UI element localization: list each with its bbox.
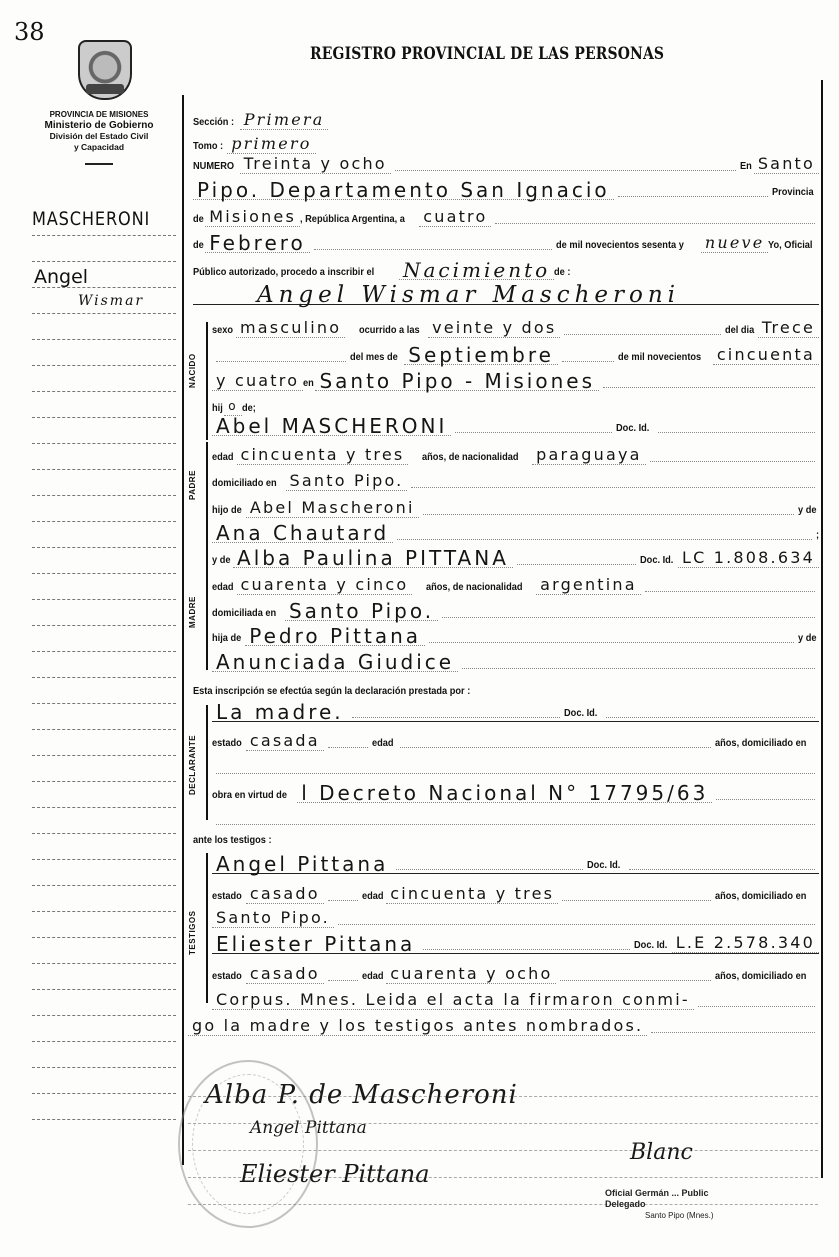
declarante-nombre: La madre. — [212, 703, 348, 721]
madre-nac-label: años, de nacionalidad — [426, 581, 523, 595]
madre-y-de2-label: y de — [798, 632, 816, 646]
row-madre-nombre: y de Alba Paulina PITTANA Doc. Id. LC 1.… — [212, 546, 819, 568]
ministry-rule — [85, 163, 113, 165]
row-testigos-intro: ante los testigos : — [193, 826, 819, 848]
margin-given-name: Angel — [34, 266, 88, 288]
row-lugar: y cuatro en Santo Pipo - Misiones — [212, 369, 819, 391]
row-declarante-nombre: La madre. Doc. Id. — [212, 700, 819, 722]
t1-nombre: Angel Pittana — [212, 855, 392, 873]
main-border-line — [182, 95, 184, 1165]
madre-edad: cuarenta y cinco — [237, 576, 413, 595]
sexo-label: sexo — [212, 324, 233, 338]
row-publico: Público autorizado, procedo a inscribir … — [193, 258, 819, 280]
row-t1-estado: estado casado edad cincuenta y tres años… — [212, 882, 819, 904]
row-full-name: Angel Wismar Mascheroni — [193, 283, 819, 305]
signature-witness-1: Angel Pittana — [250, 1118, 367, 1138]
madre-y-de-label: y de — [212, 554, 230, 568]
declarante-edad-label: edad — [372, 737, 394, 751]
row-declarante-dom — [212, 755, 819, 777]
full-name-value: Angel Wismar Mascheroni — [253, 286, 684, 304]
place-value: Pipo. Departamento San Ignacio — [193, 181, 614, 200]
anio-label: de mil novecientos — [618, 351, 701, 365]
padre-edad-label: edad — [212, 451, 234, 465]
padre-doc-label: Doc. Id. — [616, 422, 649, 436]
ministry-line-ministry: Ministerio de Gobierno — [18, 120, 180, 131]
row-numero: NUMERO Treinta y ocho En Santo — [193, 152, 819, 174]
hora-value: veinte y dos — [428, 319, 560, 338]
row-declarante-obra: obra en virtud de l Decreto Nacional N° … — [212, 781, 819, 803]
testigos-bar — [206, 853, 208, 1003]
declarante-obra-label: obra en virtud de — [212, 789, 287, 803]
madre-dom-label: domiciliada en — [212, 607, 276, 621]
officer-stamp: Oficial Germán ... Public Delegado Santo… — [605, 1188, 713, 1221]
row-madre-hija-de: hija de Pedro Pittana y de — [212, 624, 819, 646]
padre-padre-de: Abel Mascheroni — [246, 499, 419, 518]
dia-label: del dia — [725, 324, 754, 338]
declarante-obra: l Decreto Nacional N° 17795/63 — [297, 784, 712, 803]
ministry-line-capacity: y Capacidad — [18, 142, 180, 153]
en-nacido-label: en — [303, 377, 314, 391]
seccion-value: Primera — [240, 111, 329, 130]
dia-value: Trece — [758, 319, 819, 338]
row-mes: del mes de Septiembre de mil novecientos… — [212, 343, 819, 365]
t2-anios-label: años, domiciliado en — [715, 970, 806, 984]
nacido-bar — [206, 322, 208, 440]
row-t2-dom: Corpus. Mnes. Leida el acta la firmaron … — [212, 988, 819, 1010]
oficial-label: Yo, Oficial — [768, 239, 813, 253]
row-madre-edad: edad cuarenta y cinco años, de nacionali… — [212, 573, 819, 595]
year-suffix: nueve — [701, 234, 769, 253]
padre-section-label: PADRE — [188, 470, 197, 500]
row-madre-dom: domiciliada en Santo Pipo. — [212, 599, 819, 621]
act-type-value: Nacimiento — [399, 261, 554, 280]
madre-nombre: Alba Paulina PITTANA — [233, 549, 513, 568]
republica-label: , República Argentina, a — [300, 213, 405, 227]
de3-label: de : — [554, 266, 570, 280]
ministry-line-province: PROVINCIA DE MISIONES — [18, 109, 180, 120]
row-month-year: de Febrero de mil novecientos sesenta y … — [193, 231, 819, 253]
crest-logo — [78, 40, 132, 100]
t2-domicilio: Corpus. Mnes. Leida el acta la firmaron … — [212, 991, 694, 1010]
row-padre-nombre: Abel MASCHERONI Doc. Id. — [212, 414, 819, 436]
t1-anios-label: años, domiciliado en — [715, 890, 806, 904]
de2-label: de — [193, 239, 204, 253]
mes-value: Septiembre — [404, 346, 558, 365]
t1-estado: casado — [246, 885, 324, 904]
year-label: de mil novecientos sesenta y — [556, 239, 684, 253]
officer-stamp-line2: Delegado — [605, 1199, 713, 1210]
padre-dom-label: domiciliado en — [212, 477, 277, 491]
numero-label: NUMERO — [193, 160, 234, 174]
madre-doc-label: Doc. Id. — [640, 554, 673, 568]
anio2-value: y cuatro — [212, 372, 303, 391]
row-madre-madre-de: Anunciada Giudice — [212, 650, 819, 672]
row-padre-hijo-de: hijo de Abel Mascheroni y de — [212, 496, 819, 518]
testigos-intro: ante los testigos : — [193, 834, 272, 848]
padre-hijo-de-label: hijo de — [212, 504, 242, 518]
margin-surname: MASCHERONI — [32, 208, 150, 230]
declarante-intro: Esta inscripción se efectúa según la dec… — [193, 685, 470, 699]
signature-officer: Blanc — [630, 1140, 693, 1165]
numero-value: Treinta y ocho — [240, 155, 391, 174]
day-value: cuatro — [419, 208, 491, 227]
t1-estado-label: estado — [212, 890, 242, 904]
row-seccion: Sección : Primera — [193, 108, 819, 130]
provincia-value: Misiones — [205, 208, 300, 227]
declarante-bar — [206, 705, 208, 820]
t2-estado-label: estado — [212, 970, 242, 984]
padre-domicilio: Santo Pipo. — [286, 472, 408, 491]
declarante-doc-label: Doc. Id. — [564, 707, 597, 721]
t1-edad-label: edad — [362, 890, 384, 904]
row-padre-dom: domiciliado en Santo Pipo. — [212, 469, 819, 491]
madre-domicilio: Santo Pipo. — [285, 602, 438, 621]
declarante-estado-label: estado — [212, 737, 242, 751]
t2-doc-label: Doc. Id. — [634, 939, 667, 953]
t2-edad-label: edad — [362, 970, 384, 984]
ocurrido-label: ocurrido a las — [359, 324, 420, 338]
row-padre-madre-de: Ana Chautard ; — [212, 521, 819, 543]
lugar-value: Santo Pipo - Misiones — [315, 372, 599, 391]
padre-nombre: Abel MASCHERONI — [212, 417, 451, 436]
madre-bar — [206, 545, 208, 670]
row-closing: go la madre y los testigos antes nombrad… — [188, 1014, 819, 1036]
publico-label: Público autorizado, procedo a inscribir … — [193, 266, 374, 280]
padre-bar — [206, 442, 208, 562]
signature-witness-2: Eliester Pittana — [240, 1160, 430, 1188]
ministry-block: PROVINCIA DE MISIONES Ministerio de Gobi… — [18, 109, 180, 165]
seccion-label: Sección : — [193, 116, 234, 130]
ministry-line-division: División del Estado Civil — [18, 131, 180, 142]
right-border-line — [821, 80, 823, 1178]
anio-value: cincuenta — [713, 346, 819, 365]
madre-section-label: MADRE — [188, 596, 197, 628]
row-t1-dom: Santo Pipo. — [212, 906, 819, 928]
row-padre-edad: edad cincuenta y tres años, de nacionali… — [212, 443, 819, 465]
t1-domicilio: Santo Pipo. — [212, 909, 334, 928]
madre-edad-label: edad — [212, 581, 234, 595]
closing-text: go la madre y los testigos antes nombrad… — [188, 1017, 647, 1036]
officer-stamp-line3: Santo Pipo (Mnes.) — [645, 1210, 713, 1221]
row-t2-estado: estado casado edad cuarenta y ocho años,… — [212, 962, 819, 984]
row-sexo: sexo masculino ocurrido a las veinte y d… — [212, 316, 819, 338]
declarante-estado: casada — [246, 732, 324, 751]
de-label: de — [193, 213, 204, 227]
row-declarante-estado: estado casada edad años, domiciliado en — [212, 729, 819, 751]
sexo-value: masculino — [236, 319, 345, 338]
padre-nac-label: años, de nacionalidad — [422, 451, 519, 465]
padre-madre-de: Ana Chautard — [212, 524, 393, 543]
t1-edad: cincuenta y tres — [386, 885, 558, 904]
declarante-section-label: DECLARANTE — [188, 735, 197, 795]
row-provincia-date: de Misiones , República Argentina, a cua… — [193, 205, 819, 227]
row-t2-nombre: Eliester Pittana Doc. Id. L.E 2.578.340 — [212, 932, 819, 954]
t2-edad: cuarenta y ocho — [386, 965, 556, 984]
padre-end: ; — [816, 529, 819, 543]
document-title: REGISTRO PROVINCIAL DE LAS PERSONAS — [310, 44, 664, 64]
signature-mother: Alba P. de Mascheroni — [205, 1080, 518, 1110]
madre-nacionalidad: argentina — [536, 576, 641, 595]
testigos-section-label: TESTIGOS — [188, 911, 197, 955]
en-value: Santo — [754, 155, 819, 174]
month-value: Febrero — [205, 234, 310, 253]
margin-ruled-lines — [32, 210, 176, 1120]
officer-stamp-line1: Oficial Germán ... Public — [605, 1188, 713, 1199]
t2-doc: L.E 2.578.340 — [672, 934, 819, 953]
padre-y-de-label: y de — [798, 504, 816, 518]
provincia-label: Provincia — [772, 186, 814, 200]
madre-doc: LC 1.808.634 — [678, 549, 819, 568]
row-declarante-blank — [212, 806, 819, 828]
madre-hija-de-label: hija de — [212, 632, 241, 646]
row-t1-nombre: Angel Pittana Doc. Id. — [212, 852, 819, 874]
row-declarante-intro: Esta inscripción se efectúa según la dec… — [193, 677, 819, 699]
madre-padre-de: Pedro Pittana — [245, 627, 425, 646]
mes-label: del mes de — [350, 351, 398, 365]
declarante-anios-label: años, domiciliado en — [715, 737, 806, 751]
margin-middle-name: Wismar — [78, 293, 144, 309]
t2-estado: casado — [246, 965, 324, 984]
row-tomo: Tomo : primero — [193, 132, 819, 154]
nacido-section-label: NACIDO — [188, 353, 197, 388]
padre-edad: cincuenta y tres — [237, 446, 409, 465]
page-number: 38 — [14, 18, 45, 46]
t2-nombre: Eliester Pittana — [212, 935, 419, 953]
row-place: Pipo. Departamento San Ignacio Provincia — [193, 178, 819, 200]
t1-doc-label: Doc. Id. — [587, 859, 620, 873]
row-hijo: hij o de; — [212, 394, 819, 416]
en-label: En — [740, 160, 752, 174]
madre-madre-de: Anunciada Giudice — [212, 653, 458, 672]
padre-nacionalidad: paraguaya — [532, 446, 646, 465]
